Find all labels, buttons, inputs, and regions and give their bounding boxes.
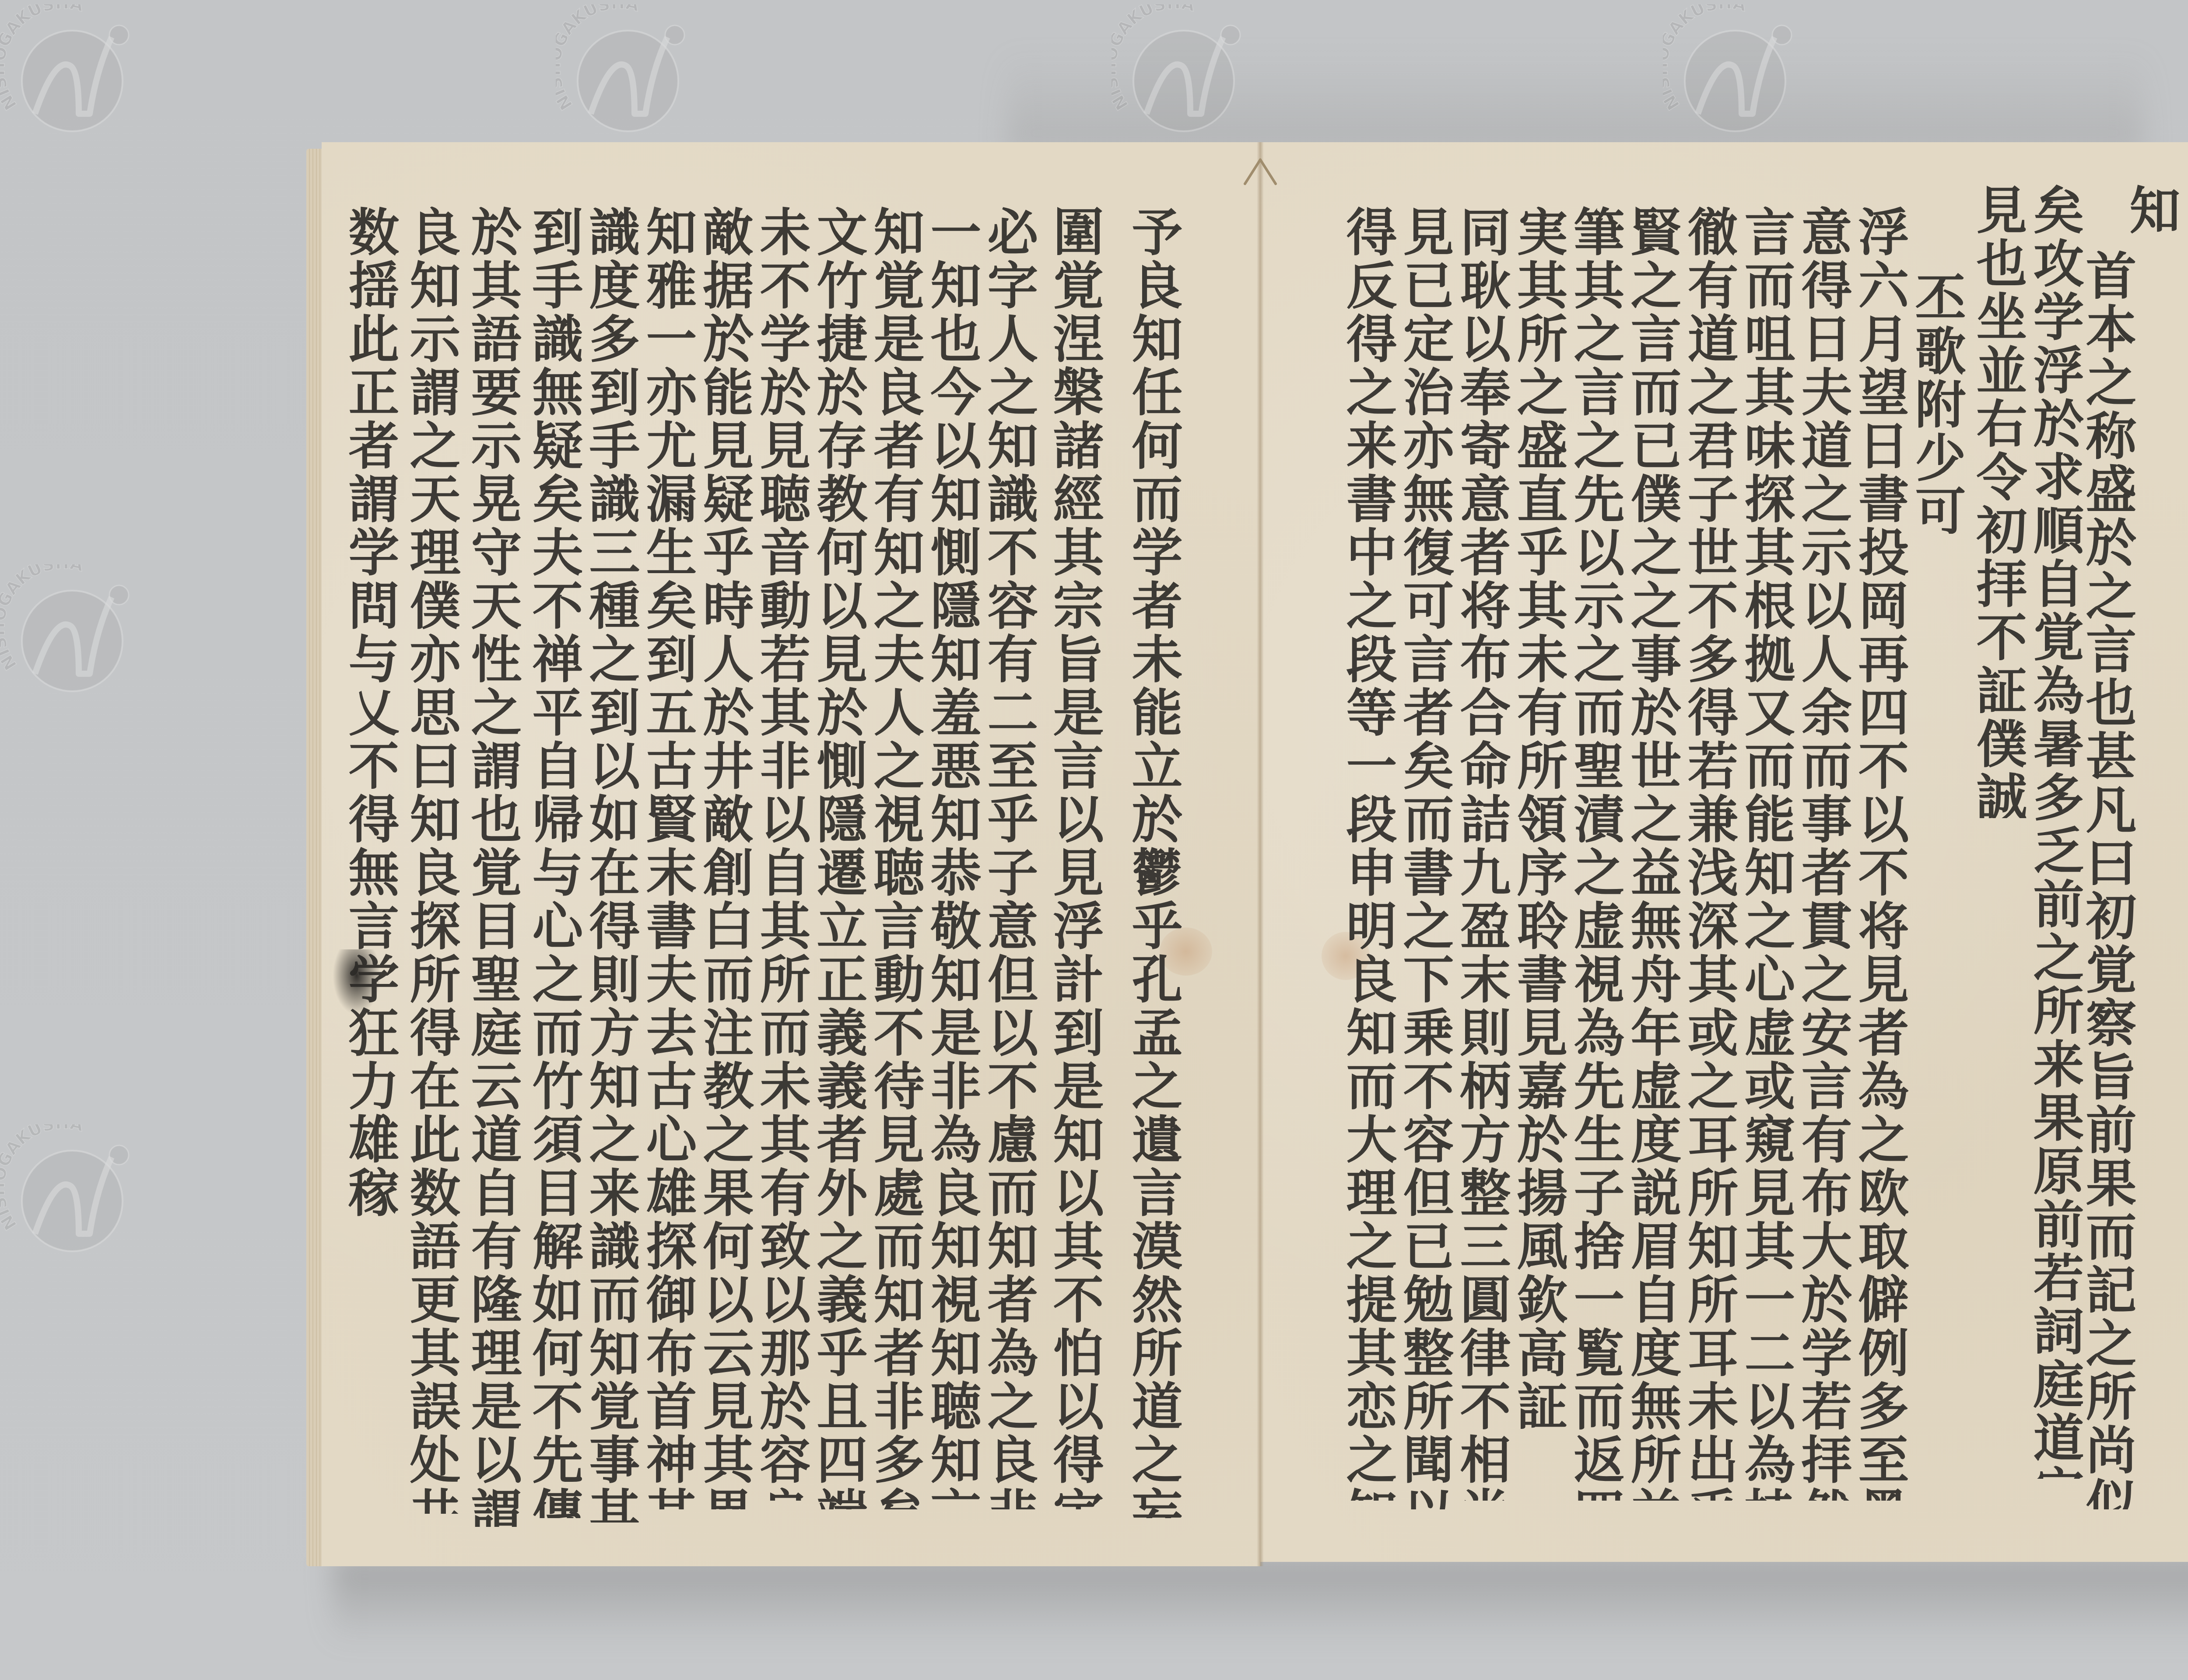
watermark-logo-icon: NISHOGAKUSHA: [0, 4, 140, 144]
text-column: 丕歌附少可成岸早平歌一: [1904, 271, 1969, 534]
text-column: 徹有道之君子世不多得若兼浅深其或之耳所知所耳未出乎其上: [1676, 206, 1742, 1501]
text-column: 見也坐並右令初拝不証僕誠也実時何以神之乎: [1965, 184, 2030, 818]
text-column: 予良知任何而学者未能立於鬱乎孔孟之遺言漠然所道之妄覚之揆伽悚敢: [1120, 206, 1186, 1518]
book-spine: [1257, 142, 1264, 1566]
text-column: 言而咀其味探其根拠又而能知之心虚或窺見其一二以為持循之地: [1733, 206, 1799, 1501]
watermark-logo-icon: NISHOGAKUSHA: [0, 564, 140, 704]
page-stack-left: [306, 149, 324, 1566]
text-column: 意得日夫道之示以人余而事者貫之安言有布大於学若拝然其: [1790, 206, 1855, 1501]
text-column: 必字人之知識不容有二至乎子意但以不慮而知者為之良非謂別有: [976, 206, 1041, 1509]
text-column: 文竹捷於存教何以見於惻隱遷立正義義者外之義乎且四端之発: [805, 206, 871, 1509]
text-column: 同耿以奉寄意者将布合命詰九盈末則柄方整三圓律不相尚: [1448, 206, 1514, 1501]
text-column: 得反得之来書中之段等一段申明良知而大理之提其恋之知覚: [1335, 206, 1400, 1501]
watermark-logo-icon: NISHOGAKUSHA: [0, 1124, 140, 1264]
text-column: 知雅一亦尤漏生矣到五古賢末書夫去古心雄探御布首神其識現: [635, 206, 700, 1509]
watermark-logo-icon: NISHOGAKUSHA: [1112, 4, 1252, 144]
watermark-logo-icon: NISHOGAKUSHA: [556, 4, 696, 144]
watermark-logo-icon: NISHOGAKUSHA: [1663, 4, 1803, 144]
text-column: 一知也今以知惻隱知羞悪知恭敬知是非為良知視知聴知言知動為: [919, 206, 985, 1501]
text-column: 圍覚涅槃諸經其宗旨是言以見浮計到是知以其不怕以得宇宙居: [1041, 206, 1107, 1509]
text-column: 到手識無疑矣夫不禅平自帰与心之而竹須目解如何不先傳: [521, 206, 586, 1518]
text-column: 識度多到手識三種之到以如在得則方知之来識而知覚事其勢: [578, 206, 643, 1522]
text-column: 於其語要示晃守天性之謂也覚目聖庭云道自有隆理是以謂之: [459, 206, 525, 1527]
text-column: 浮六月望日書投岡再四不以不将見者為之欧取僻例多至墨嚼厚: [1847, 206, 1912, 1501]
text-column: 数揺此正者謂学問与乂不得無言学狂力雄稼: [337, 206, 403, 1501]
text-column: 首本之称盛於之言也甚凡曰初覚察旨前果而記之所尚似比來多: [2074, 249, 2140, 1509]
text-column: 賢之言而已僕之之事於世之益無舟年虚度説眉自度無所益追乃: [1619, 206, 1685, 1501]
text-column: 未不学於見聴音動若其非以自其所而未其有致以那於容良西聖良: [748, 206, 814, 1501]
text-column: 良知示謂之天理僕亦思曰知良探所得在此数語更其誤处井在此: [398, 206, 464, 1514]
spine-fold-mark-icon: [1236, 157, 1284, 188]
text-column: 敵据於能見疑乎時人於井敵創白而注教之果何以云見其異乎: [691, 206, 757, 1509]
book-shadow-bottom: [333, 1557, 2188, 1645]
text-column: 筆其之言之先以示之而聖漬之虚視為先生子捨一覧而返四道之者多: [1562, 206, 1628, 1501]
text-column: 実其所之盛直乎其未有所領序聆書見嘉於揚風欽高証: [1505, 206, 1571, 1474]
text-column: 知: [2118, 184, 2184, 254]
text-column: 見已定治亦無復可言者矣而書之下乗不容但已勉整所聞以復: [1392, 206, 1457, 1509]
text-column: 知覚是良者有知之夫人之視聴言動不待見處而知者非多矣庭直: [862, 206, 928, 1509]
